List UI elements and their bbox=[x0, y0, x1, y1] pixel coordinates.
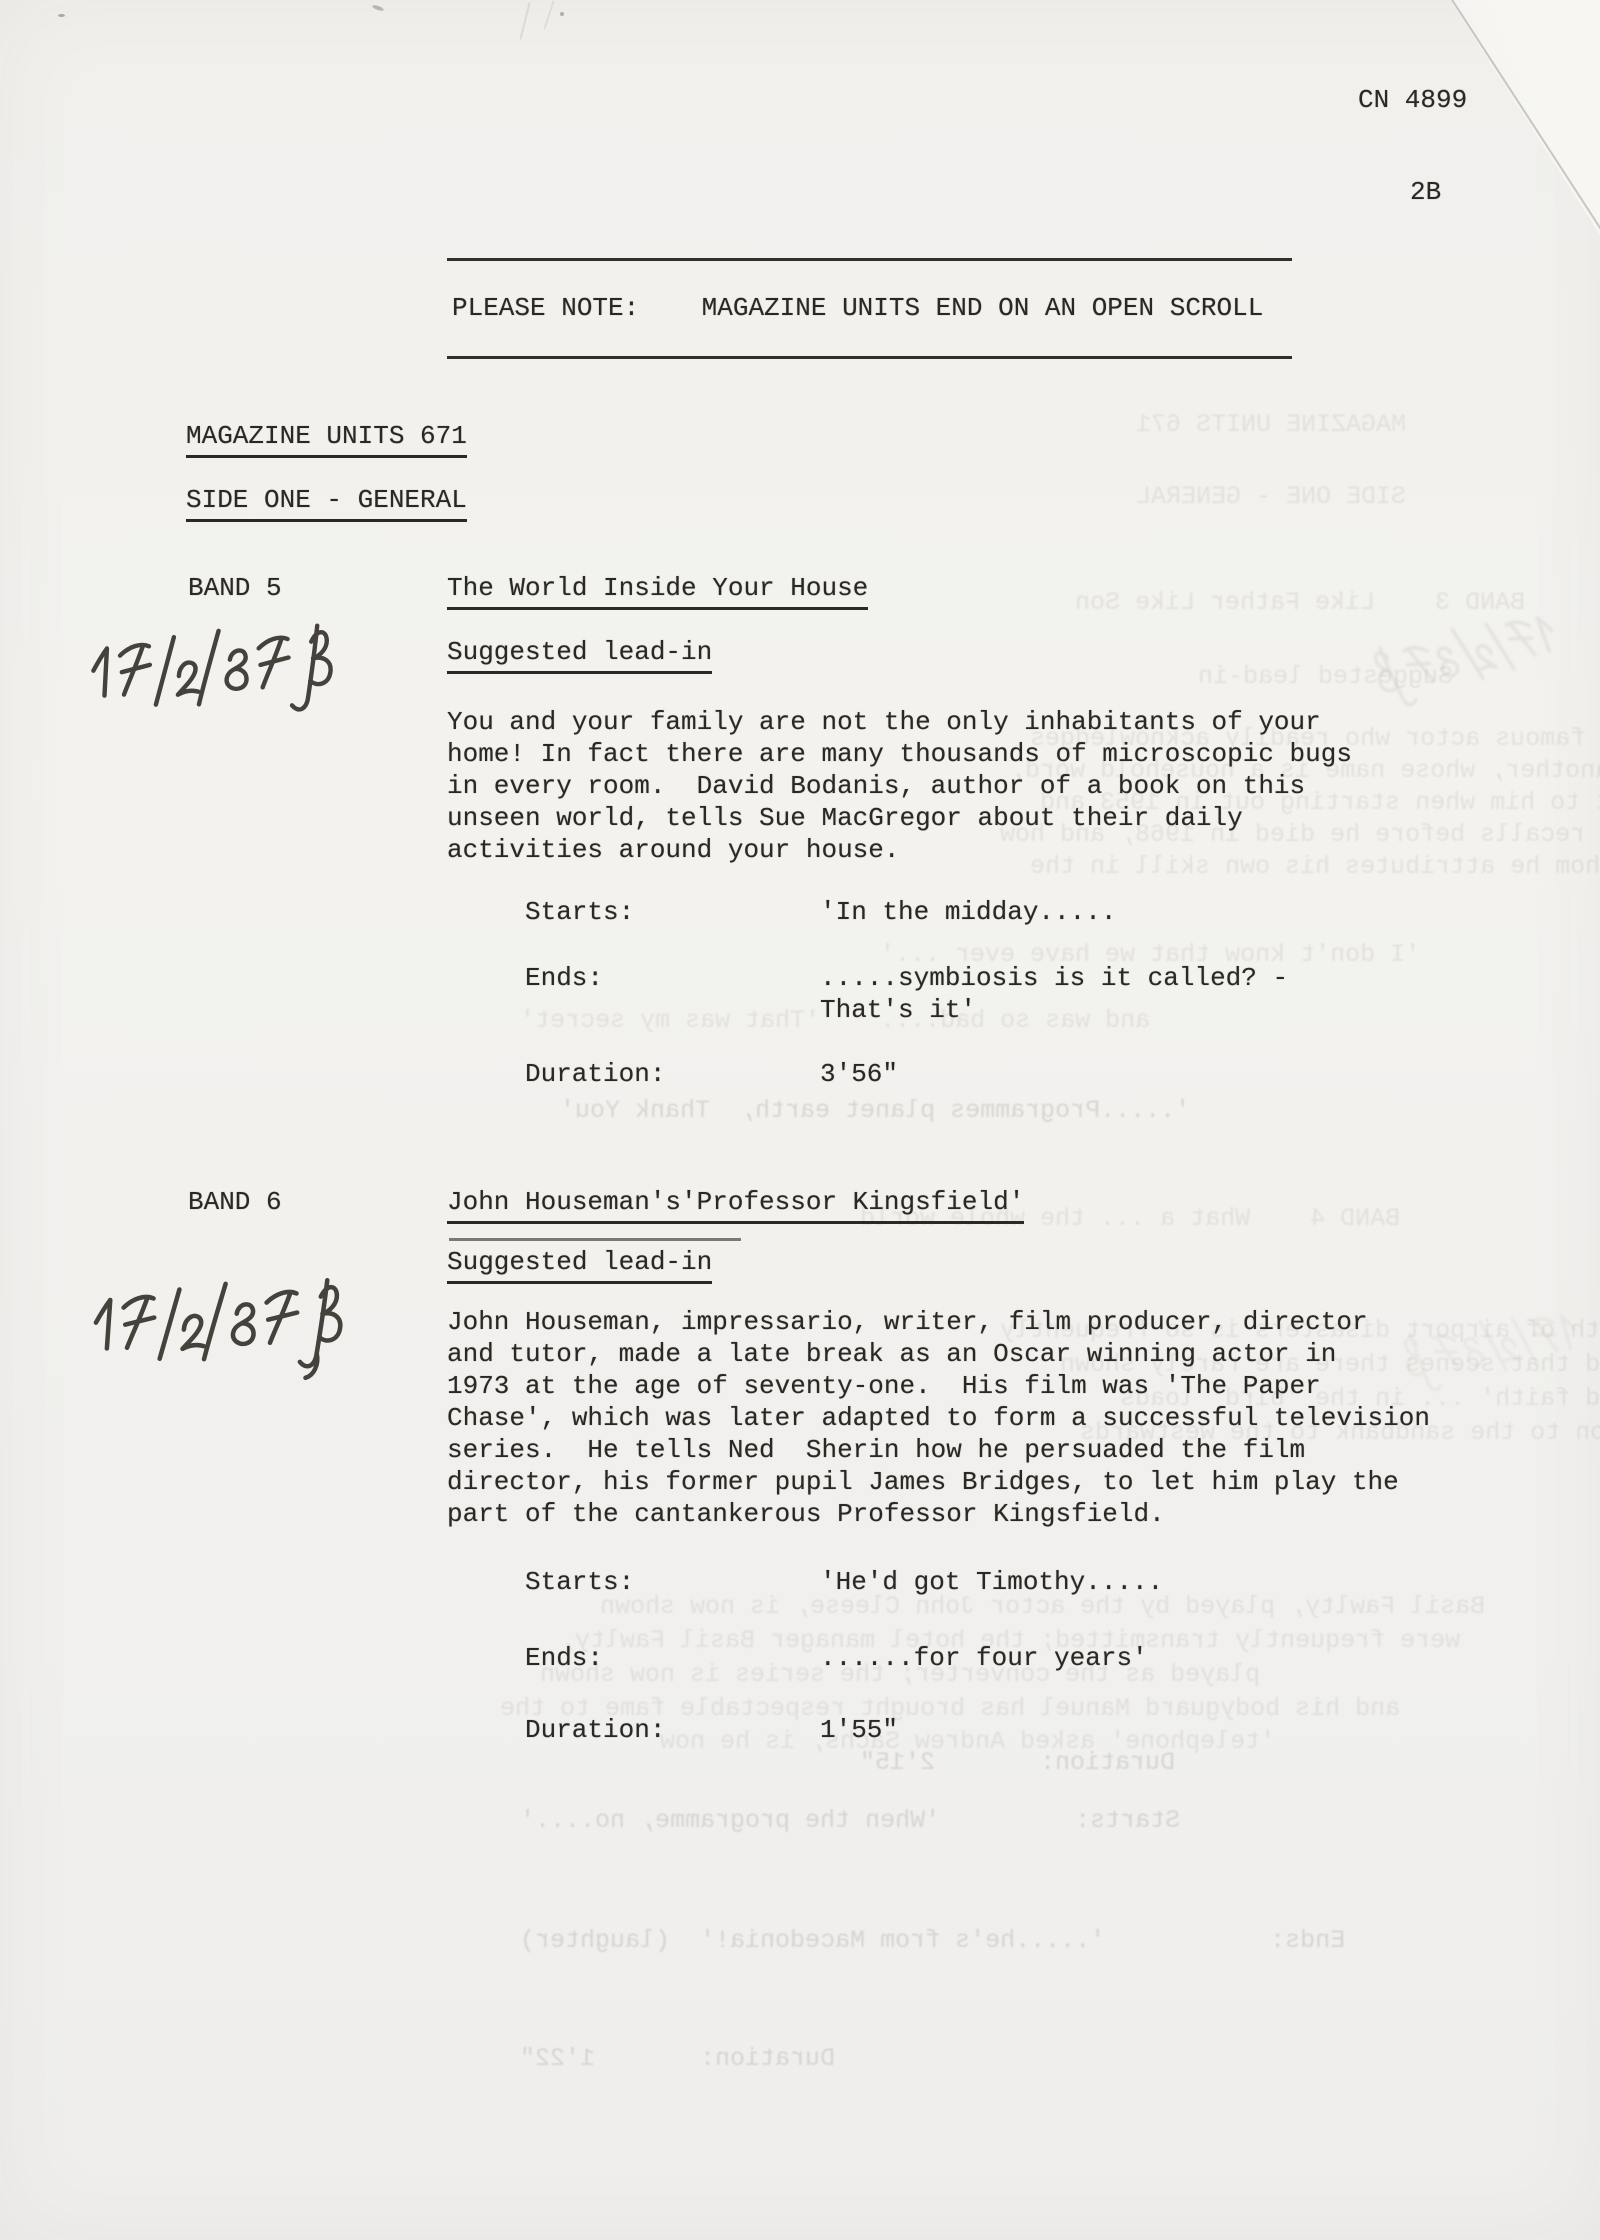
band5-lead-in-paragraph: You and your family are not the only inh… bbox=[447, 706, 1352, 866]
band6-title-double-underline bbox=[449, 1238, 741, 1241]
band5-starts-label: Starts: bbox=[525, 896, 634, 928]
document-subtitle-text: SIDE ONE - GENERAL bbox=[186, 485, 467, 522]
band6-title: John Houseman's'Professor Kingsfield' bbox=[447, 1186, 1024, 1218]
band5-duration-label: Duration: bbox=[525, 1058, 665, 1090]
band5-title: The World Inside Your House bbox=[447, 572, 868, 604]
band6-starts-label: Starts: bbox=[525, 1566, 634, 1598]
band6-label: BAND 6 bbox=[188, 1186, 282, 1218]
document-title-text: MAGAZINE UNITS 671 bbox=[186, 421, 467, 458]
band6-ends-value: ......for four years' bbox=[820, 1642, 1148, 1674]
paper-speck bbox=[372, 4, 385, 12]
document-subtitle: SIDE ONE - GENERAL bbox=[186, 484, 467, 516]
ghost-line: Starts: 'When the programme, no....' bbox=[520, 1806, 1180, 1836]
paper-crease bbox=[519, 2, 530, 39]
ghost-line: Duration: 2'15" bbox=[860, 1748, 1175, 1778]
paper-crease bbox=[543, 0, 554, 29]
document-title: MAGAZINE UNITS 671 bbox=[186, 420, 467, 452]
band6-lead-in-heading-text: Suggested lead-in bbox=[447, 1247, 712, 1284]
band5-title-text: The World Inside Your House bbox=[447, 573, 868, 610]
band6-duration-label: Duration: bbox=[525, 1714, 665, 1746]
band5-lead-in-heading: Suggested lead-in bbox=[447, 636, 712, 668]
band5-ends-value: .....symbiosis is it called? - That's it… bbox=[820, 962, 1288, 1026]
band6-lead-in-paragraph: John Houseman, impressario, writer, film… bbox=[447, 1306, 1430, 1530]
handwritten-date-band5 bbox=[75, 597, 346, 748]
band5-ends-label: Ends: bbox=[525, 962, 603, 994]
band6-lead-in-heading: Suggested lead-in bbox=[447, 1246, 712, 1278]
page-label: 2B bbox=[1410, 176, 1441, 208]
band6-ends-label: Ends: bbox=[525, 1642, 603, 1674]
notice-rule-top bbox=[447, 258, 1292, 261]
band5-starts-value: 'In the midday..... bbox=[820, 896, 1116, 928]
ghost-line: SIDE ONE - GENERAL bbox=[1136, 482, 1406, 512]
scanned-document-page: MAGAZINE UNITS 671 SIDE ONE - GENERAL BA… bbox=[0, 0, 1600, 2240]
band6-title-text: John Houseman's'Professor Kingsfield' bbox=[447, 1187, 1024, 1224]
band6-starts-value: 'He'd got Timothy..... bbox=[820, 1566, 1163, 1598]
band5-lead-in-heading-text: Suggested lead-in bbox=[447, 637, 712, 674]
notice-rule-bottom bbox=[447, 356, 1292, 359]
handwritten-date-band6 bbox=[78, 1251, 355, 1401]
paper-speck bbox=[560, 12, 564, 16]
notice-text: PLEASE NOTE: MAGAZINE UNITS END ON AN OP… bbox=[452, 292, 1263, 324]
ghost-line: '.....Programmes planet earth, Thank You… bbox=[560, 1096, 1190, 1126]
band6-duration-value: 1'55" bbox=[820, 1714, 898, 1746]
band5-duration-value: 3'56" bbox=[820, 1058, 898, 1090]
paper-speck bbox=[58, 14, 65, 17]
ghost-line: Duration: 1'22" bbox=[520, 2044, 835, 2074]
document-number: CN 4899 bbox=[1358, 84, 1467, 116]
page-corner-fold bbox=[1450, 0, 1600, 235]
ghost-line: MAGAZINE UNITS 671 bbox=[1136, 410, 1406, 440]
band5-label: BAND 5 bbox=[188, 572, 282, 604]
ghost-line: Ends: '.....he's from Macedonia!' (laugh… bbox=[520, 1926, 1345, 1956]
